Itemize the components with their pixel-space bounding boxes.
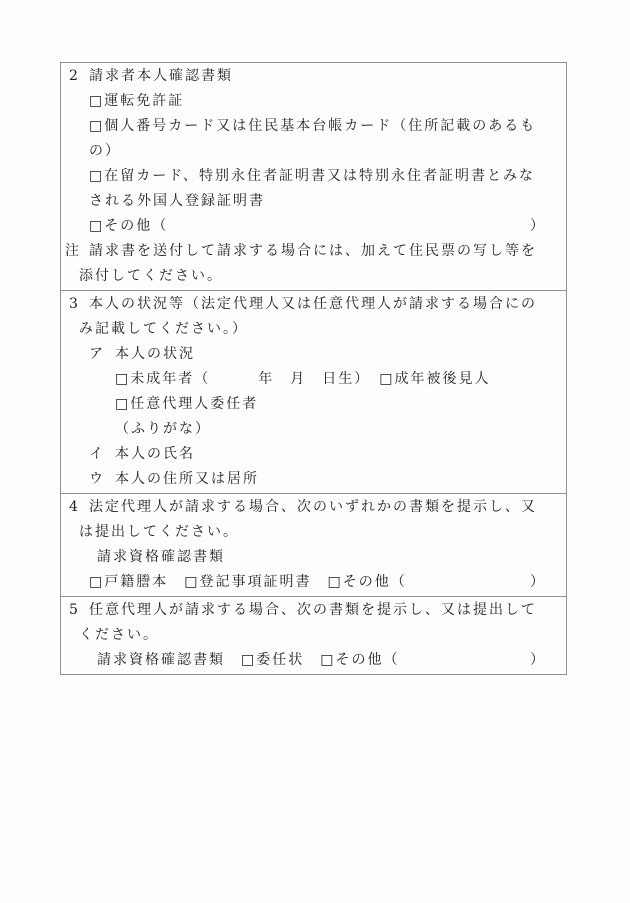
text-line: み記載してください。） (61, 317, 566, 342)
checkbox-icon: □ (115, 371, 130, 387)
text-line: の） (61, 139, 566, 164)
section-2-heading: 2請求者本人確認書類 (61, 64, 566, 89)
checkbox-line: □その他（） (61, 214, 566, 239)
checkbox-icon: □ (320, 652, 335, 668)
item-number: ア (89, 342, 115, 367)
form-section-3: 3本人の状況等（法定代理人又は任意代理人が請求する場合にのみ記載してください。）… (61, 291, 566, 494)
text-line: 添付してください。 (61, 264, 566, 289)
checkbox-icon: □ (379, 371, 394, 387)
form-section-2: 2請求者本人確認書類□運転免許証□個人番号カード又は住民基本台帳カード（住所記載… (61, 63, 566, 291)
section-3-heading: 3本人の状況等（法定代理人又は任意代理人が請求する場合にの (61, 292, 566, 317)
form-section-4: 4法定代理人が請求する場合、次のいずれかの書類を提示し、又は提出してください。請… (61, 494, 566, 597)
text-line: ください。 (61, 623, 566, 648)
close-paren: ） (530, 648, 544, 673)
checkbox-icon: □ (241, 652, 256, 668)
checkbox-icon: □ (89, 168, 104, 184)
document-page: { "page": { "background": "#fdfdfd", "bo… (0, 0, 630, 903)
item-number: 5 (69, 598, 89, 623)
checkbox-line: □個人番号カード又は住民基本台帳カード（住所記載のあるも (61, 114, 566, 139)
text-line: は提出してください。 (61, 520, 566, 545)
item-number: 4 (69, 495, 89, 520)
item-number: 3 (69, 292, 89, 317)
checkbox-icon: □ (89, 118, 104, 134)
checkbox-icon: □ (327, 574, 342, 590)
sub-item-i: イ本人の氏名 (61, 442, 566, 467)
checkbox-line: 請求資格確認書類 □委任状 □その他（） (61, 648, 566, 673)
section-4-heading: 4法定代理人が請求する場合、次のいずれかの書類を提示し、又 (61, 495, 566, 520)
close-paren: ） (530, 570, 544, 595)
text-line: （ふりがな） (61, 417, 566, 442)
checkbox-icon: □ (115, 396, 130, 412)
form-section-5: 5任意代理人が請求する場合、次の書類を提示し、又は提出してください。請求資格確認… (61, 597, 566, 674)
checkbox-icon: □ (89, 218, 104, 234)
sub-item-u: ウ本人の住所又は居所 (61, 467, 566, 492)
note-line: 注請求書を送付して請求する場合には、加えて住民票の写し等を (61, 239, 566, 264)
text-line: 請求資格確認書類 (61, 545, 566, 570)
form-table: 2請求者本人確認書類□運転免許証□個人番号カード又は住民基本台帳カード（住所記載… (60, 62, 567, 675)
item-number: 注 (65, 239, 89, 264)
checkbox-line: □戸籍謄本 □登記事項証明書 □その他（） (61, 570, 566, 595)
checkbox-line: □在留カード、特別永住者証明書又は特別永住者証明書とみな (61, 164, 566, 189)
checkbox-line: □未成年者（ 年 月 日生） □成年被後見人 (61, 367, 566, 392)
text-line: される外国人登録証明書 (61, 189, 566, 214)
item-number: ウ (89, 467, 115, 492)
checkbox-icon: □ (89, 93, 104, 109)
section-5-heading: 5任意代理人が請求する場合、次の書類を提示し、又は提出して (61, 598, 566, 623)
sub-item-a: ア本人の状況 (61, 342, 566, 367)
close-paren: ） (530, 214, 544, 239)
item-number: 2 (69, 64, 89, 89)
checkbox-line: □運転免許証 (61, 89, 566, 114)
checkbox-line: □任意代理人委任者 (61, 392, 566, 417)
checkbox-icon: □ (89, 574, 104, 590)
checkbox-icon: □ (184, 574, 199, 590)
item-number: イ (89, 442, 115, 467)
